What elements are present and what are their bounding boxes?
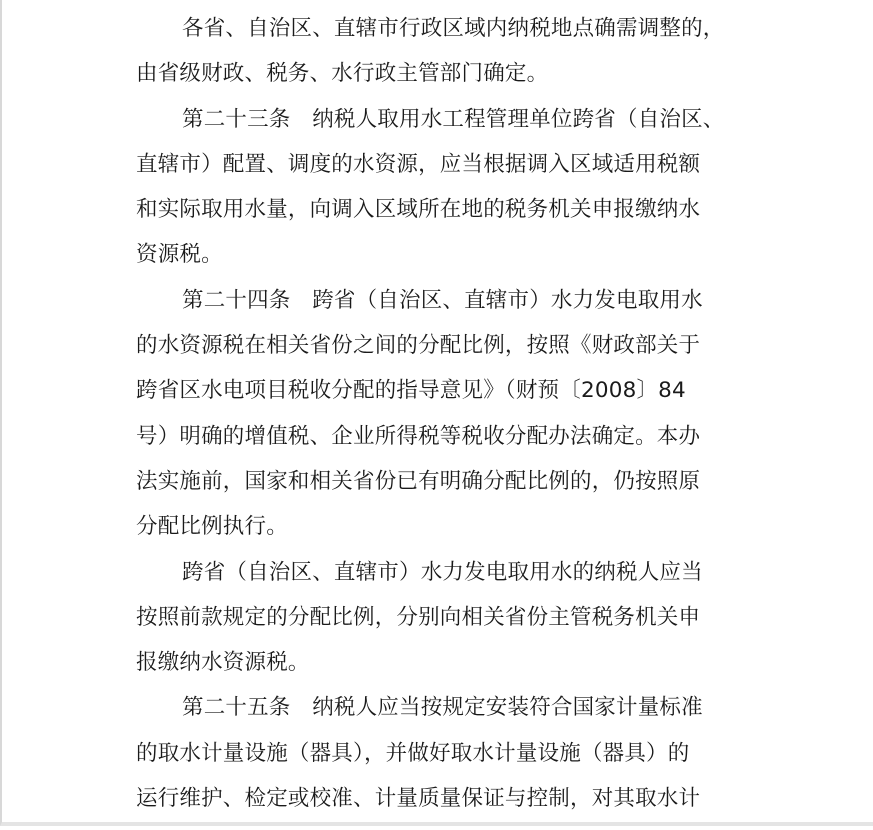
text-line: 资源税。 <box>136 232 748 277</box>
text-line: 由省级财政、税务、水行政主管部门确定。 <box>136 51 748 96</box>
text-line: 直辖市）配置、调度的水资源，应当根据调入区域适用税额 <box>136 142 748 187</box>
text-line: 分配比例执行。 <box>136 504 748 549</box>
text-line: 的取水计量设施（器具），并做好取水计量设施（器具）的 <box>136 731 748 776</box>
text-line: 运行维护、检定或校准、计量质量保证与控制，对其取水计 <box>136 776 748 821</box>
paragraph-location-adjust: 各省、自治区、直辖市行政区域内纳税地点确需调整的， 由省级财政、税务、水行政主管… <box>136 6 748 97</box>
text-line: 的水资源税在相关省份之间的分配比例，按照《财政部关于 <box>136 323 748 368</box>
document-page: 各省、自治区、直辖市行政区域内纳税地点确需调整的， 由省级财政、税务、水行政主管… <box>0 0 873 826</box>
text-line: 法实施前，国家和相关省份已有明确分配比例的，仍按照原 <box>136 459 748 504</box>
text-line: 和实际取用水量，向调入区域所在地的税务机关申报缴纳水 <box>136 187 748 232</box>
article-heading-line: 第二十四条 跨省（自治区、直辖市）水力发电取用水 <box>136 278 748 323</box>
paragraph-article-25: 第二十五条 纳税人应当按规定安装符合国家计量标准 的取水计量设施（器具），并做好… <box>136 685 748 821</box>
text-line: 各省、自治区、直辖市行政区域内纳税地点确需调整的， <box>136 6 748 51</box>
text-line: 报缴纳水资源税。 <box>136 640 748 685</box>
text-line: 按照前款规定的分配比例，分别向相关省份主管税务机关申 <box>136 595 748 640</box>
article-heading-line: 第二十五条 纳税人应当按规定安装符合国家计量标准 <box>136 685 748 730</box>
paragraph-article-24-part-2: 跨省（自治区、直辖市）水力发电取用水的纳税人应当 按照前款规定的分配比例，分别向… <box>136 550 748 686</box>
text-line: 跨省（自治区、直辖市）水力发电取用水的纳税人应当 <box>136 550 748 595</box>
paragraph-article-24: 第二十四条 跨省（自治区、直辖市）水力发电取用水 的水资源税在相关省份之间的分配… <box>136 278 748 550</box>
text-line: 号）明确的增值税、企业所得税等税收分配办法确定。本办 <box>136 414 748 459</box>
paragraph-article-23: 第二十三条 纳税人取用水工程管理单位跨省（自治区、 直辖市）配置、调度的水资源，… <box>136 97 748 278</box>
article-heading-line: 第二十三条 纳税人取用水工程管理单位跨省（自治区、 <box>136 97 748 142</box>
text-line: 跨省区水电项目税收分配的指导意见》（财预〔2008〕84 <box>136 368 748 413</box>
document-body: 各省、自治区、直辖市行政区域内纳税地点确需调整的， 由省级财政、税务、水行政主管… <box>136 6 748 821</box>
